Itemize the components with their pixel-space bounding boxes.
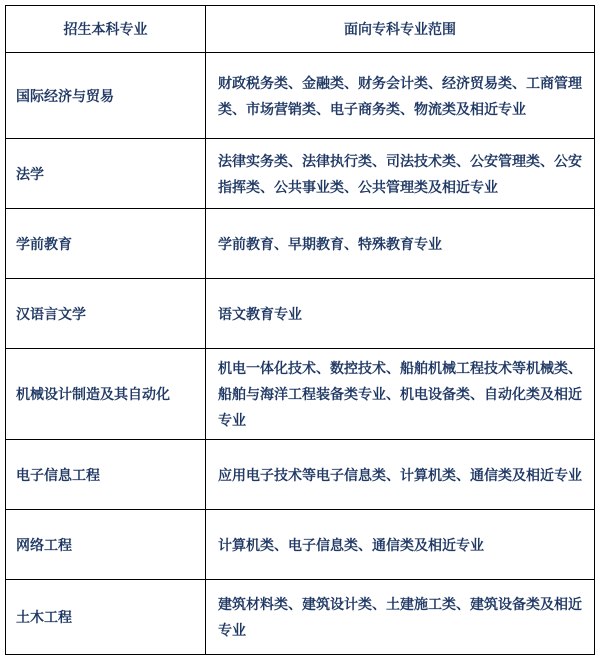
table-row: 电子信息工程 应用电子技术等电子信息类、计算机类、通信类及相近专业 (6, 440, 595, 510)
scope-cell: 机电一体化技术、数控技术、船舶机械工程技术等机械类、船舶与海洋工程装备类专业、机… (206, 349, 595, 440)
major-cell: 汉语言文学 (6, 279, 206, 349)
scope-cell: 计算机类、电子信息类、通信类及相近专业 (206, 510, 595, 580)
scope-cell: 应用电子技术等电子信息类、计算机类、通信类及相近专业 (206, 440, 595, 510)
header-undergrad-major: 招生本科专业 (6, 6, 206, 53)
major-cell: 土木工程 (6, 580, 206, 655)
scope-cell: 法律实务类、法律执行类、司法技术类、公安管理类、公安指挥类、公共事业类、公共管理… (206, 139, 595, 209)
document-page: 招生本科专业 面向专科专业范围 国际经济与贸易 财政税务类、金融类、财务会计类、… (0, 0, 599, 655)
table-row: 汉语言文学 语文教育专业 (6, 279, 595, 349)
table-row: 机械设计制造及其自动化 机电一体化技术、数控技术、船舶机械工程技术等机械类、船舶… (6, 349, 595, 440)
table-row: 土木工程 建筑材料类、建筑设计类、土建施工类、建筑设备类及相近专业 (6, 580, 595, 655)
scope-cell: 财政税务类、金融类、财务会计类、经济贸易类、工商管理类、市场营销类、电子商务类、… (206, 53, 595, 139)
table-row: 网络工程 计算机类、电子信息类、通信类及相近专业 (6, 510, 595, 580)
table-header-row: 招生本科专业 面向专科专业范围 (6, 6, 595, 53)
major-cell: 电子信息工程 (6, 440, 206, 510)
major-cell: 法学 (6, 139, 206, 209)
header-vocational-scope: 面向专科专业范围 (206, 6, 595, 53)
table-row: 法学 法律实务类、法律执行类、司法技术类、公安管理类、公安指挥类、公共事业类、公… (6, 139, 595, 209)
major-cell: 国际经济与贸易 (6, 53, 206, 139)
major-cell: 网络工程 (6, 510, 206, 580)
scope-cell: 学前教育、早期教育、特殊教育专业 (206, 209, 595, 279)
major-cell: 机械设计制造及其自动化 (6, 349, 206, 440)
scope-cell: 建筑材料类、建筑设计类、土建施工类、建筑设备类及相近专业 (206, 580, 595, 655)
table-row: 学前教育 学前教育、早期教育、特殊教育专业 (6, 209, 595, 279)
scope-cell: 语文教育专业 (206, 279, 595, 349)
majors-mapping-table: 招生本科专业 面向专科专业范围 国际经济与贸易 财政税务类、金融类、财务会计类、… (5, 5, 595, 655)
major-cell: 学前教育 (6, 209, 206, 279)
table-row: 国际经济与贸易 财政税务类、金融类、财务会计类、经济贸易类、工商管理类、市场营销… (6, 53, 595, 139)
